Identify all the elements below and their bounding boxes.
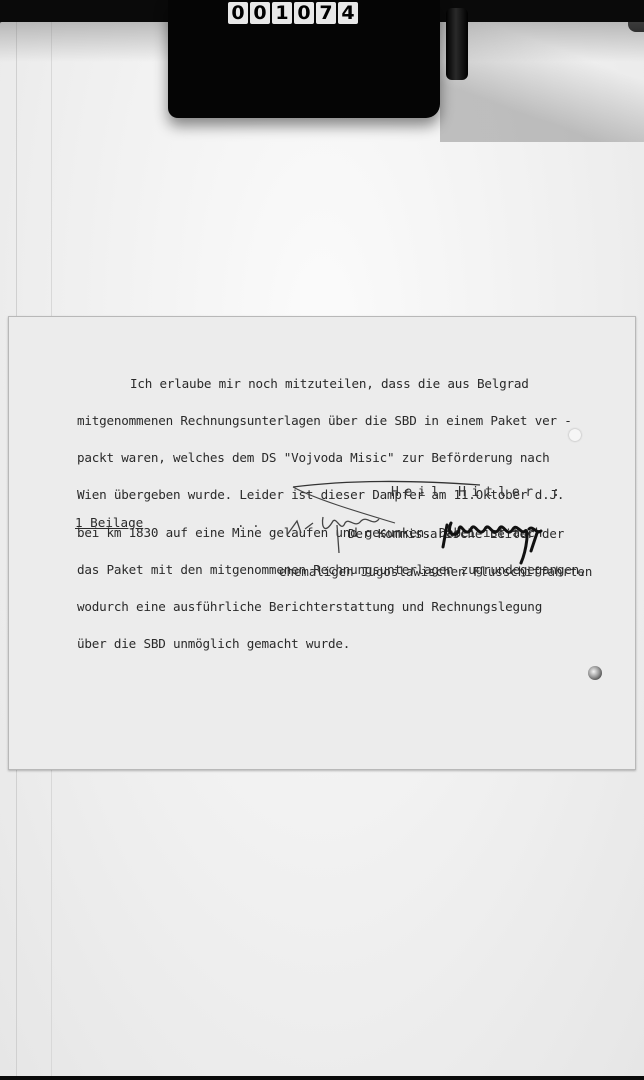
- counter-digit: 0: [294, 2, 314, 24]
- enclosure-note: 1 Beilage: [75, 515, 143, 530]
- counter-digit: 0: [250, 2, 270, 24]
- side-shadow: [440, 22, 644, 142]
- counter-digit: 1: [272, 2, 292, 24]
- handwritten-signatures: [275, 477, 575, 597]
- counter-digit: 0: [228, 2, 248, 24]
- pen-stroke: [293, 487, 395, 523]
- initials-signature: [287, 517, 379, 553]
- counter-knob-icon: [446, 8, 468, 80]
- counter-digit: 7: [316, 2, 336, 24]
- body-line: Ich erlaube mir noch mitzuteilen, dass d…: [77, 378, 586, 390]
- pen-stroke: [293, 482, 480, 488]
- punch-hole: [588, 666, 602, 680]
- body-line: über die SBD unmöglich gemacht wurde.: [77, 638, 586, 650]
- film-edge: [0, 1076, 644, 1080]
- leader-dots: . .: [237, 515, 260, 530]
- letter-page: Ich erlaube mir noch mitzuteilen, dass d…: [8, 316, 636, 770]
- main-signature: [443, 523, 541, 563]
- paper-hole: [569, 429, 581, 441]
- body-line: mitgenommenen Rechnungsunterlagen über d…: [77, 415, 586, 427]
- counter-digit: 4: [338, 2, 358, 24]
- body-line: packt waren, welches dem DS "Vojvoda Mis…: [77, 452, 586, 464]
- frame-counter-number: 0 0 1 0 7 4: [228, 2, 358, 26]
